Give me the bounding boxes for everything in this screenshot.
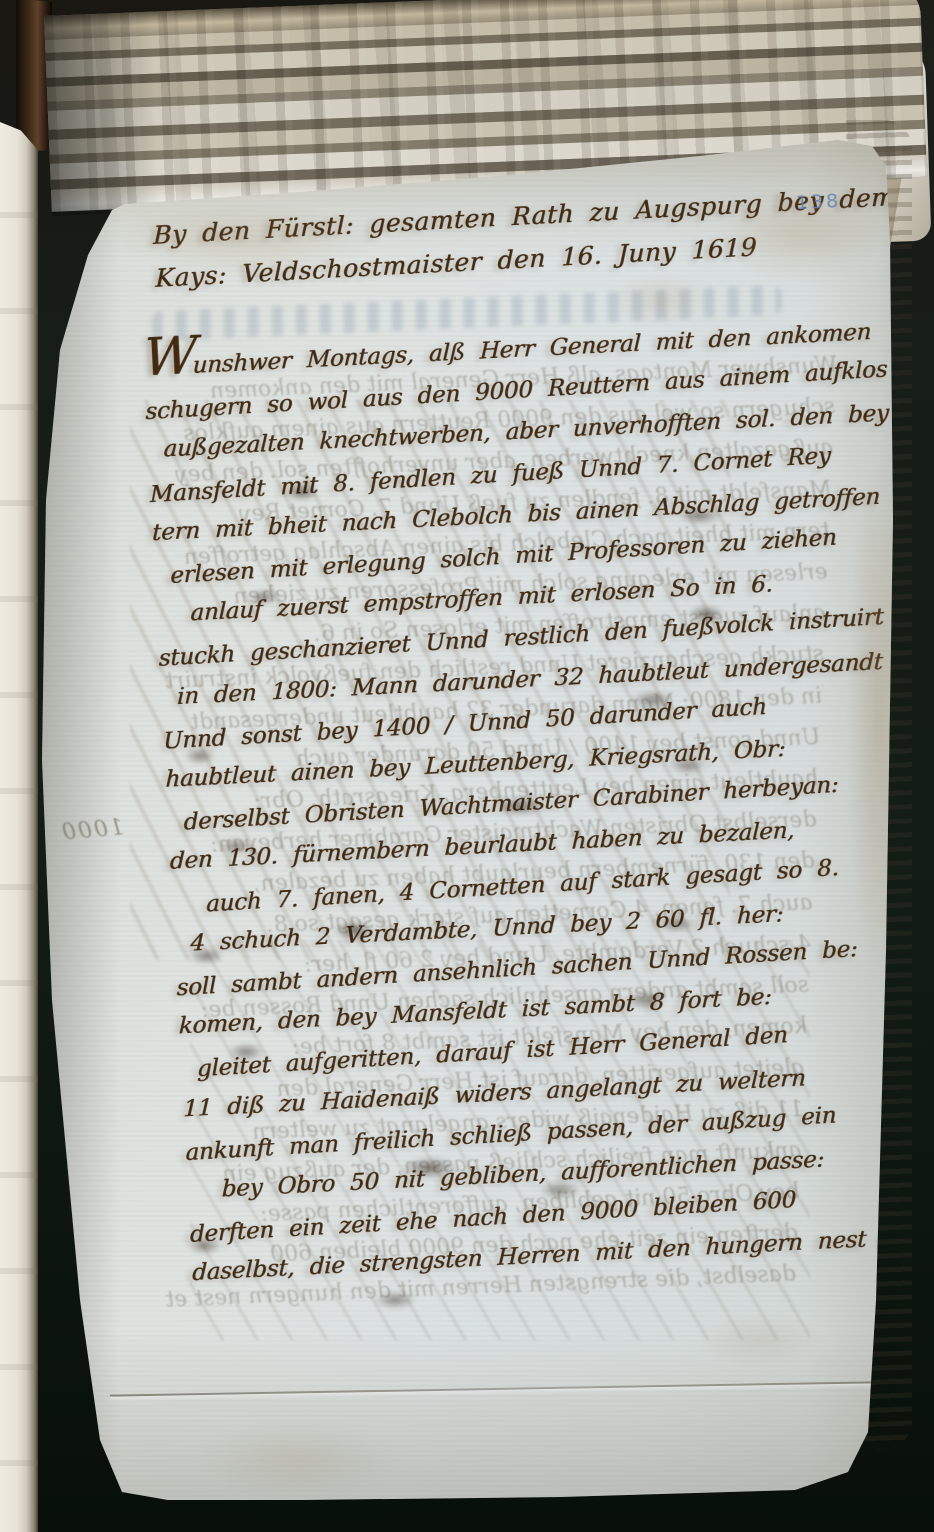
- manuscript-page: Wunshwer Montags, alß Herr General mit d…: [0, 0, 934, 1532]
- manuscript-photo: Wunshwer Montags, alß Herr General mit d…: [0, 0, 934, 1532]
- paper-stain-overlay: [0, 0, 934, 1532]
- facing-page-texture: [0, 122, 38, 1532]
- folio-number: 138: [795, 190, 841, 214]
- page-stack-shadow: [44, 11, 172, 216]
